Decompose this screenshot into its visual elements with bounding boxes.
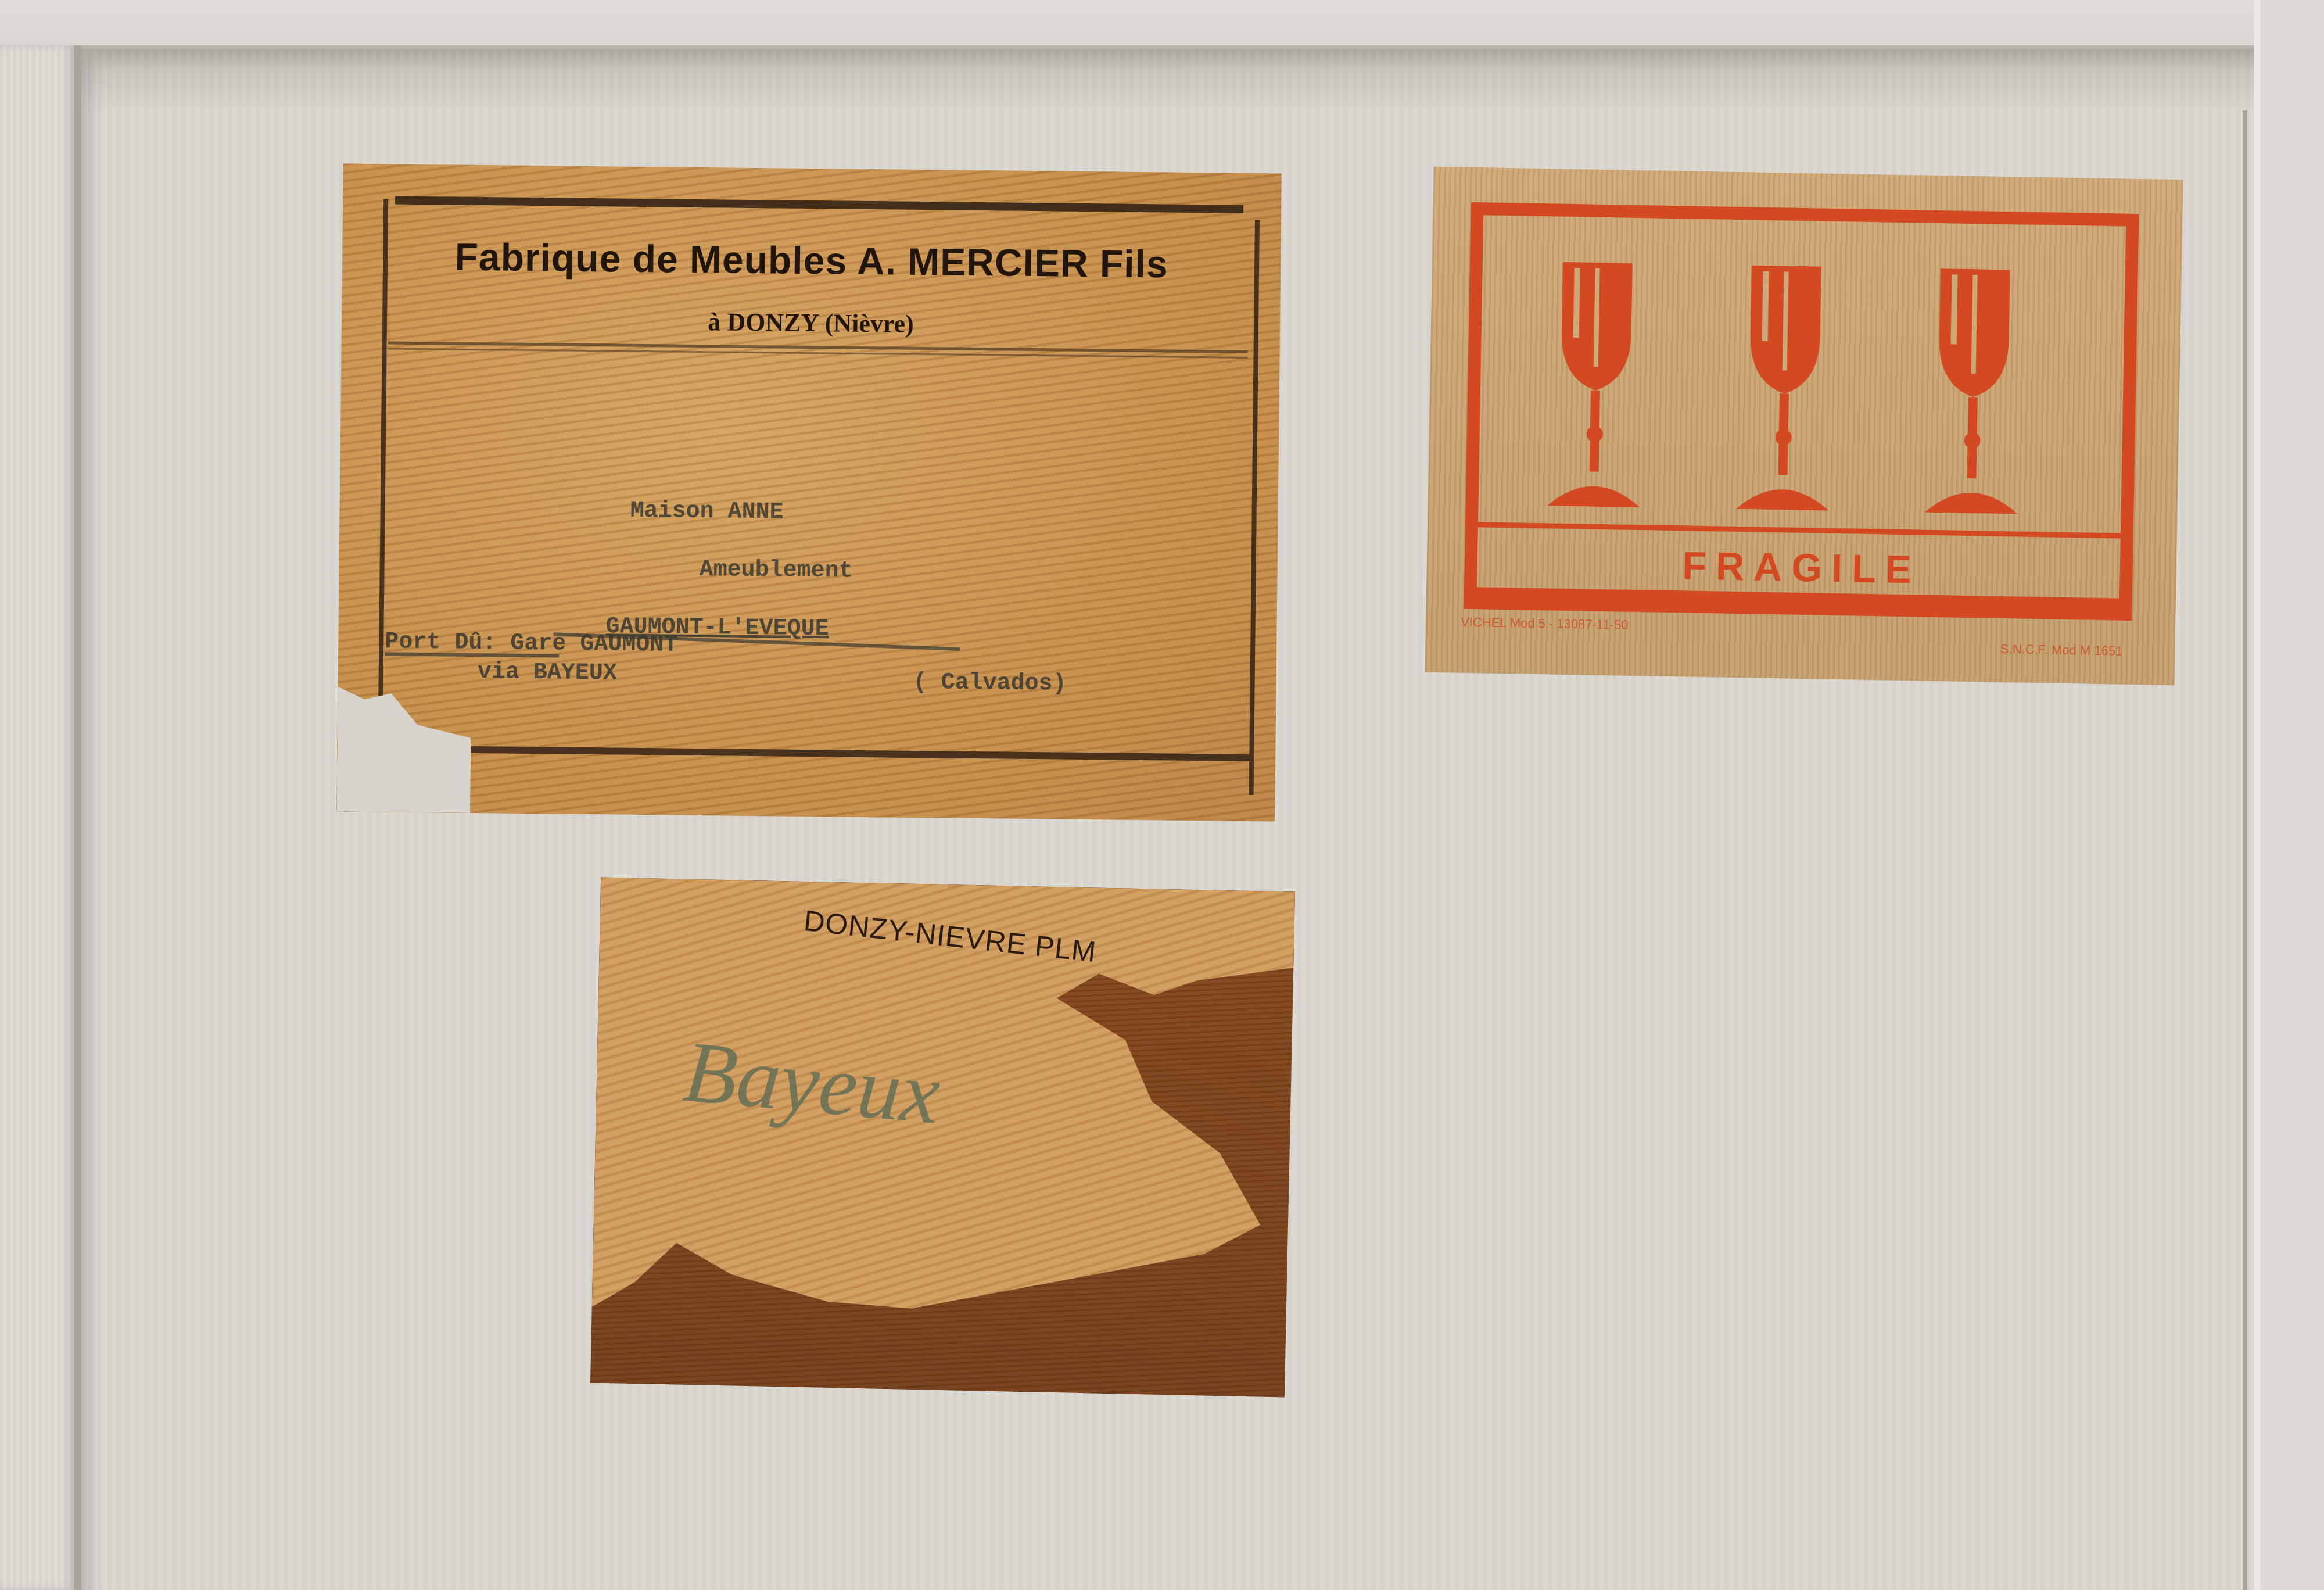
frame-left-stile — [0, 45, 81, 1590]
wine-glass-icon — [1724, 265, 1844, 511]
via-line: via BAYEUX — [477, 659, 617, 687]
label-rule — [395, 196, 1243, 213]
label-rule — [1249, 220, 1260, 795]
torn-corner — [336, 687, 471, 813]
panel-top-shadow — [81, 49, 2254, 113]
fragile-label: FRAGILE VICHEL Mod 5 - 13087-11-50 S.N.C… — [1425, 167, 2183, 685]
frame-right-stile — [2254, 0, 2324, 1590]
recipient-trade: Ameublement — [699, 557, 853, 585]
label-rule — [388, 341, 1248, 353]
shipping-label: DONZY-NIEVRE PLM Bayeux — [590, 878, 1295, 1398]
recipient-name: Maison ANNE — [630, 498, 784, 526]
frame-top-rail — [0, 0, 2324, 49]
wine-glass-icon — [1536, 262, 1656, 507]
manufacturer-label: Fabrique de Meubles A. MERCIER Fils à DO… — [336, 164, 1282, 822]
manufacturer-name: Fabrique de Meubles A. MERCIER Fils — [342, 234, 1281, 288]
panel-edge-groove — [2243, 110, 2247, 1590]
label-rule — [378, 745, 1249, 761]
torn-paper — [590, 878, 1295, 1398]
wine-glass-icon — [1913, 268, 2033, 514]
fragile-fine-print-right: S.N.C.F. Mod M 1651 — [2000, 642, 2123, 659]
region-line: ( Calvados) — [913, 669, 1067, 697]
fragile-fine-print-left: VICHEL Mod 5 - 13087-11-50 — [1461, 615, 1629, 633]
manufacturer-location: à DONZY (Nièvre) — [342, 303, 1280, 343]
